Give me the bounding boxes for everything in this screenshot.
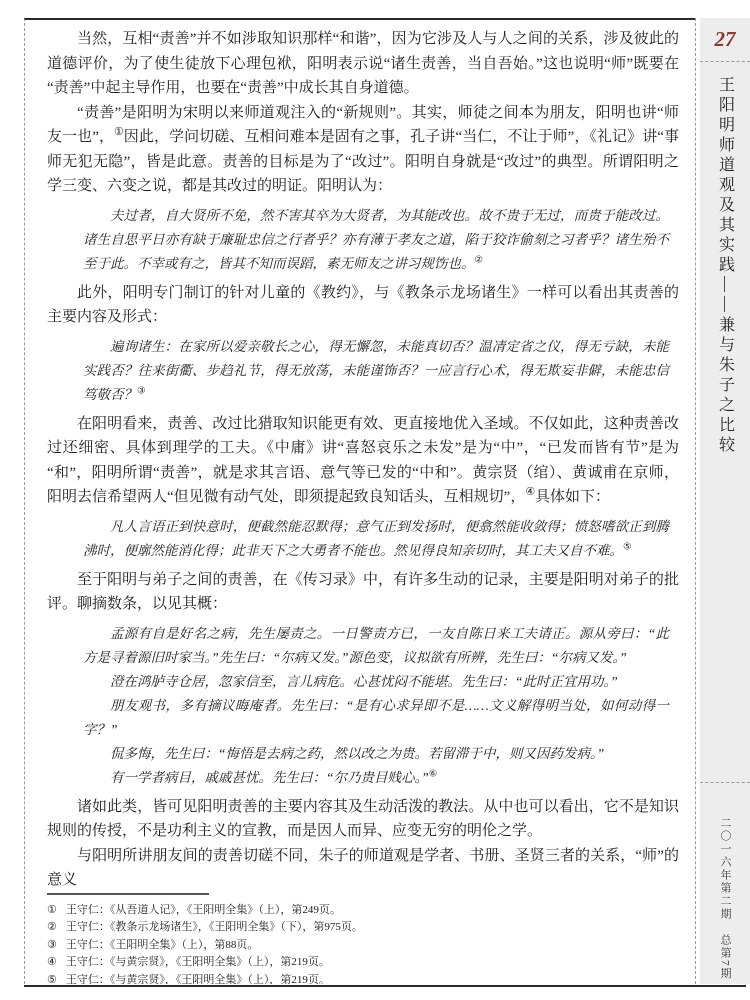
footnote-item: ③王守仁：《王阳明全集》（上），第88页。 xyxy=(47,937,679,955)
footnote-item: ④王守仁：《与黄宗贤》，《王阳明全集》（上），第219页。 xyxy=(47,954,679,972)
quote-paragraph: 遍询诸生：在家所以爱亲敬长之心，得无懈忽，未能真切否？温凊定省之仪，得无亏缺，未… xyxy=(83,335,669,407)
footnote-list: ①王守仁：《从吾道人记》，《王阳明全集》（上），第249页。②王守仁：《教条示龙… xyxy=(47,902,679,985)
quote-paragraph: 侃多悔，先生曰：“悔悟是去病之药，然以改之为贵。若留滞于中，则又因药发病。” xyxy=(83,742,669,766)
footnote-item: ①王守仁：《从吾道人记》，《王阳明全集》（上），第249页。 xyxy=(47,902,679,920)
body-paragraph: 在阳明看来，责善、改过比猎取知识能更有效、更直接地优入圣域。不仅如此，这种责善改… xyxy=(47,412,679,510)
footnote-separator xyxy=(47,893,209,895)
body-paragraph: 此外，阳明专门制订的针对儿童的《教约》，与《教条示龙场诸生》一样可以看出其责善的… xyxy=(47,281,679,330)
quote-paragraph: 澄在鸿胪寺仓居，忽家信至，言儿病危。心甚忧闷不能堪。先生曰：“此时正宜用功。” xyxy=(83,670,669,694)
block-quote: 遍询诸生：在家所以爱亲敬长之心，得无懈忽，未能真切否？温凊定省之仪，得无亏缺，未… xyxy=(83,335,669,407)
quote-paragraph: 有一学者病目，戚戚甚忧。先生曰：“尔乃贵目贱心。”⑥ xyxy=(83,766,669,790)
block-quote: 夫过者，自大贤所不免，然不害其卒为大贤者，为其能改也。故不贵于无过，而贵于能改过… xyxy=(83,204,669,276)
block-quote: 凡人言语正到快意时，便截然能忍默得；意气正到发扬时，便翕然能收敛得；愤怒嗜欲正到… xyxy=(83,515,669,563)
body-blocks: 当然，互相“责善”并不如涉取知识那样“和谐”，因为它涉及人与人之间的关系，涉及彼… xyxy=(47,27,679,893)
footnote-item: ⑤王守仁：《与黄宗贤》，《王阳明全集》（上），第219页。 xyxy=(47,972,679,985)
footnote-text: 王守仁：《王阳明全集》（上），第88页。 xyxy=(66,937,679,955)
footnote-marker: ④ xyxy=(47,954,57,972)
bottom-frame-rule xyxy=(24,985,746,987)
block-quote: 孟源有自是好名之病，先生屡责之。一日警责方已，一友自陈日来工夫请正。源从旁曰：“… xyxy=(83,622,669,790)
quote-paragraph: 凡人言语正到快意时，便截然能忍默得；意气正到发扬时，便翕然能收敛得；愤怒嗜欲正到… xyxy=(83,515,669,563)
footnote-text: 王守仁：《与黄宗贤》，《王阳明全集》（上），第219页。 xyxy=(66,954,679,972)
page-number: 27 xyxy=(700,18,750,62)
footnote-marker: ③ xyxy=(47,937,57,955)
footnote-marker: ① xyxy=(47,902,57,920)
body-paragraph: “责善”是阳明为宋明以来师道观注入的“新规则”。其实，师徒之间本为朋友，阳明也讲… xyxy=(47,101,679,199)
body-paragraph: 至于阳明与弟子之间的责善，在《传习录》中，有许多生动的记录，主要是阳明对弟子的批… xyxy=(47,568,679,617)
body-paragraph: 与阳明所讲朋友间的责善切磋不同，朱子的师道观是学者、书册、圣贤三者的关系，“师”… xyxy=(47,844,679,893)
quote-paragraph: 夫过者，自大贤所不免，然不害其卒为大贤者，为其能改也。故不贵于无过，而贵于能改过… xyxy=(83,204,669,276)
sidebar-panel: 27 王阳明师道观及其实践——兼与朱子之比较 二〇一六年第二期 总第7期 xyxy=(700,18,750,984)
sidebar: 27 王阳明师道观及其实践——兼与朱子之比较 二〇一六年第二期 总第7期 xyxy=(695,18,750,984)
journal-issue-vertical: 二〇一六年第二期 总第7期 xyxy=(717,817,733,984)
sidebar-bottom-section: 二〇一六年第二期 总第7期 xyxy=(700,782,750,984)
quote-paragraph: 朋友观书，多有摘议晦庵者。先生曰：“是有心求异即不是……文义解得明当处，如何动得… xyxy=(83,694,669,742)
body-paragraph: 诸如此类，皆可见阳明责善的主要内容其及生动活泼的教法。从中也可以看出，它不是知识… xyxy=(47,795,679,844)
footnote-item: ②王守仁：《教条示龙场诸生》，《王阳明全集》（下），第975页。 xyxy=(47,919,679,937)
footnote-text: 王守仁：《与黄宗贤》，《王阳明全集》（上），第219页。 xyxy=(66,972,679,985)
footnote-marker: ⑤ xyxy=(47,972,57,985)
footnote-text: 王守仁：《教条示龙场诸生》，《王阳明全集》（下），第975页。 xyxy=(66,919,679,937)
article-title-vertical: 王阳明师道观及其实践——兼与朱子之比较 xyxy=(714,62,737,456)
footnote-text: 王守仁：《从吾道人记》，《王阳明全集》（上），第249页。 xyxy=(66,902,679,920)
article-page: 当然，互相“责善”并不如涉取知识那样“和谐”，因为它涉及人与人之间的关系，涉及彼… xyxy=(24,18,695,984)
body-paragraph: 当然，互相“责善”并不如涉取知识那样“和谐”，因为它涉及人与人之间的关系，涉及彼… xyxy=(47,27,679,101)
quote-paragraph: 孟源有自是好名之病，先生屡责之。一日警责方已，一友自陈日来工夫请正。源从旁曰：“… xyxy=(83,622,669,670)
footnote-marker: ② xyxy=(47,919,57,937)
footnote-section: ①王守仁：《从吾道人记》，《王阳明全集》（上），第249页。②王守仁：《教条示龙… xyxy=(47,893,679,985)
